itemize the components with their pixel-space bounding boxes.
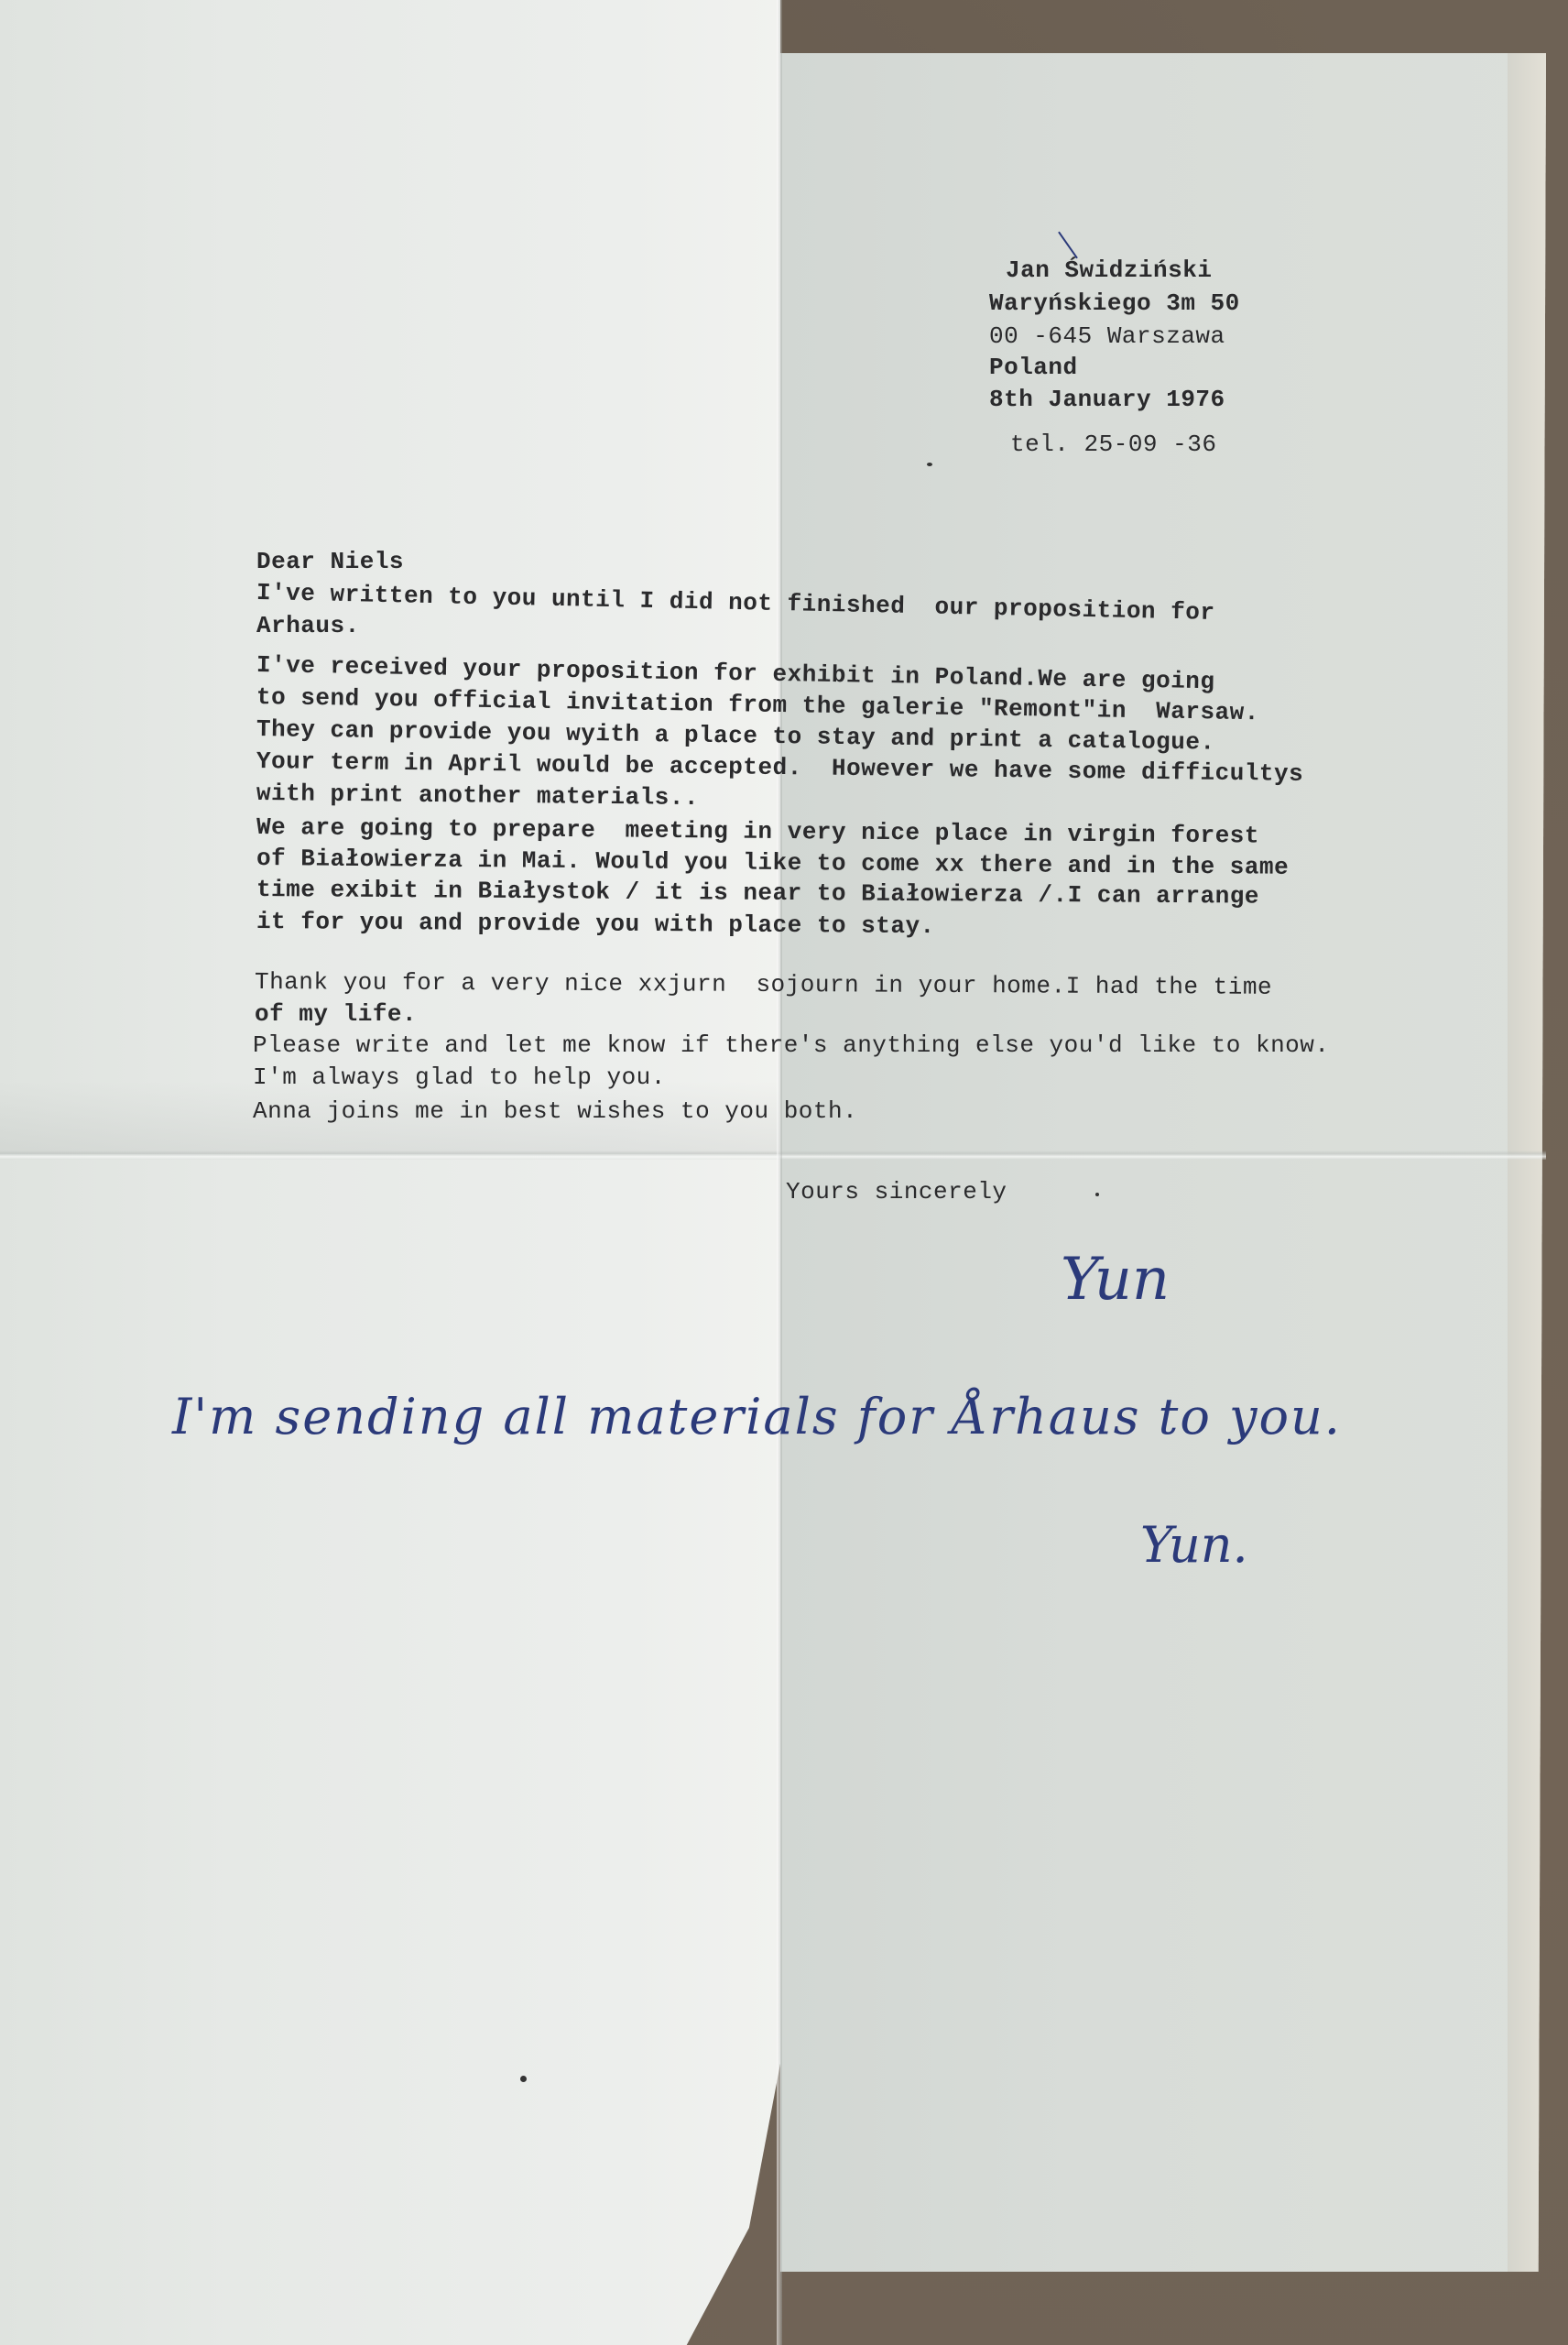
horizontal-fold-crease bbox=[0, 1151, 1546, 1160]
sender-country: Poland bbox=[989, 355, 1078, 379]
body-line: with print another materials.. bbox=[256, 781, 699, 810]
body-line: it for you and provide you with place to… bbox=[256, 910, 935, 938]
paper-speck bbox=[520, 2076, 527, 2082]
handwritten-signature-postscript: Yun. bbox=[1140, 1516, 1248, 1574]
body-line: Arhaus. bbox=[256, 614, 360, 638]
sender-phone: tel. 25-09 -36 bbox=[1010, 432, 1216, 456]
vertical-fold-crease bbox=[777, 0, 782, 2345]
handwritten-postscript: I'm sending all materials for Århaus to … bbox=[172, 1388, 1342, 1445]
sender-city: 00 -645 Warszawa bbox=[989, 324, 1225, 348]
salutation: Dear Niels bbox=[256, 550, 404, 573]
letter-date: 8th January 1976 bbox=[989, 387, 1225, 411]
ink-speck bbox=[1095, 1193, 1099, 1196]
handwritten-signature: Yun bbox=[1061, 1246, 1170, 1314]
letter-left-panel bbox=[0, 0, 780, 2345]
body-line: Thank you for a very nice xxjurn sojourn… bbox=[255, 970, 1272, 999]
closing: Yours sincerely bbox=[786, 1180, 1007, 1204]
sender-street: Waryńskiego 3m 50 bbox=[989, 291, 1240, 315]
body-line: of my life. bbox=[255, 1002, 417, 1026]
sender-name: Jan Świdziński bbox=[1006, 258, 1212, 282]
body-line: Please write and let me know if there's … bbox=[253, 1033, 1330, 1057]
body-line: I'm always glad to help you. bbox=[253, 1065, 666, 1089]
body-line: Anna joins me in best wishes to you both… bbox=[253, 1099, 857, 1123]
ink-speck bbox=[927, 463, 932, 466]
body-line: time exibit in Białystok / it is near to… bbox=[256, 878, 1259, 909]
